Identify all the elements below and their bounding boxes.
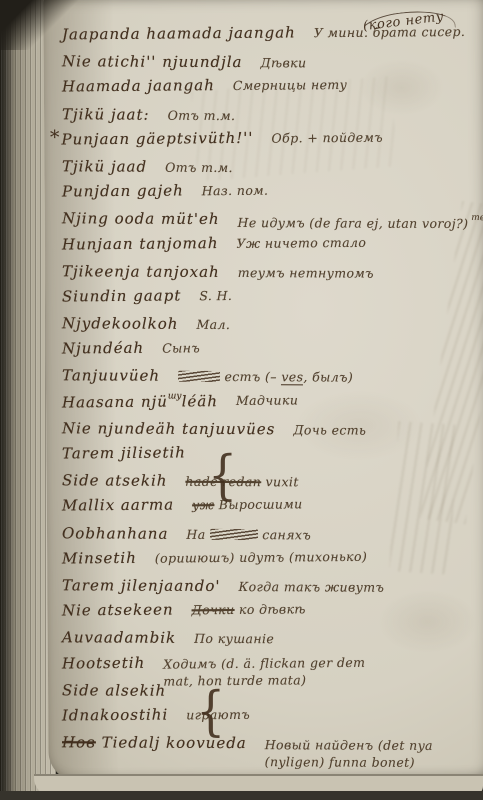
gloss: Не идумъ (de fara ej, utan voroj?) med T… [238,210,483,231]
scribble [210,528,258,539]
vocab-word: Side alsekih [62,681,166,699]
text-segment: Nie atsekeen [62,601,174,620]
gloss: теумъ нетнутомъ [238,263,374,281]
text-segment: Jaapanda haamada jaangah [62,23,296,43]
text-segment: шу [168,391,182,401]
text-segment: med Tälten flyttij?) [468,213,483,223]
gloss: естъ (– ves, былъ) [178,367,353,385]
vocab-word: Jaapanda haamada jaangah [62,23,296,43]
text-segment: Tanjuuvüeh [62,367,160,385]
entry-row: Idnakoostihiиграютъ [0,703,483,733]
gloss: hade redan vuxit [185,472,298,489]
vocab-word: Tjikeenja tanjoxah [62,262,220,281]
gloss: Отъ т.м. [165,158,233,175]
vocab-word: Hunjaan tanjomah [62,234,219,253]
text-segment: Дѣвки [260,55,306,70]
vocab-word: Punjaan gäeptsivüth!'' [61,129,253,149]
text-segment: Tjikü jaad [62,157,147,175]
asterisk-mark: * [50,130,60,144]
text-segment: Когда такъ живутъ [239,579,385,595]
vocab-word: Tarem jilisetih [62,443,186,462]
vocab-word: Oobhanhana [62,524,168,542]
vocab-word: Tjikü jaad [62,157,147,175]
vocab-word: Tanjuuvüeh [62,367,160,385]
gloss: Обр. + пойдемъ [271,127,383,145]
entry-row: NjundéahСынъ [0,336,483,366]
text-segment: Смерницы нету [233,77,348,93]
text-segment: Новый найденъ (det nya (nyligen) funna b… [265,737,433,770]
gloss: Уж ничето стало [236,232,366,250]
vocab-word: Hootsetih [62,653,145,672]
text-segment: Отъ т.м. [168,107,236,122]
text-segment: Minsetih [62,549,137,568]
vocab-word: Idnakoostihi [62,705,168,724]
entry-row: Minsetih(оришюшъ) идутъ (тихонько) [0,546,483,576]
text-segment: Дочки [192,602,235,617]
text-segment: Punjdan gajeh [62,182,184,201]
vocab-word: Mallix aarma [62,496,174,515]
entry-row: Nie atsekeenДочки ко дѣвкѣ [0,598,483,628]
text-segment: Дочь есть [293,422,366,437]
text-segment: Уж ничето стало [236,234,366,250]
text-segment: Обр. + пойдемъ [271,129,383,145]
entry-row: Hunjaan tanjomahУж ничето стало [0,231,483,261]
vocab-word: Minsetih [62,549,137,568]
text-segment: léäh [182,392,218,410]
vocab-word: Nie njundeäh tanjuuvües [62,419,275,438]
text-segment: Hunjaan tanjomah [62,234,219,253]
vocab-word: Njydekoolkoh [62,314,179,333]
entry-row: Tarem jilisetih [0,441,483,471]
text-segment: Hootsetih [62,653,145,672]
text-segment: На [186,526,210,541]
text-segment: Njundéah [62,339,144,358]
vocab-word: Auvaadambik [62,629,176,647]
gloss: Новый найденъ (det nya (nyligen) funna b… [265,734,483,771]
entry-rows: Jaapanda haamada jaangahУ мини. брата си… [0,26,483,759]
text-segment: (оришюшъ) идутъ (тихонько) [155,549,367,566]
text-segment: ко дѣвкѣ [235,601,306,617]
text-segment: Haamada jaangah [62,77,215,96]
text-segment: Oobhanhana [62,524,168,542]
text-segment: саняхъ [258,527,311,542]
vocab-word: Punjdan gajeh [62,182,184,201]
text-segment: Мадчики [236,392,298,408]
manuscript-photo: Jaapanda haamada jaangahУ мини. брата си… [0,0,483,800]
entry-row: Haasana njüшуléähМадчики [0,388,483,418]
gloss: Мал. [196,315,230,332]
vocab-word: Siundin gaapt [62,286,181,305]
text-segment: Tarem jilisetih [62,443,186,462]
vocab-word: Haasana njüшуléäh [62,391,218,411]
text-segment: Siundin gaapt [62,286,181,305]
entry-row: Siundin gaaptS. H. [0,284,483,314]
text-segment: Сынъ [162,341,200,356]
text-segment: Наз. пом. [202,183,269,199]
text-segment: Мал. [196,317,230,332]
gloss: Отъ т.м. [168,105,236,122]
vocab-word: Nie atsekeen [62,601,174,620]
text-segment: , былъ) [303,370,353,385]
vocab-word: Njing ooda müt'eh [62,210,220,229]
text-segment: Отъ т.м. [165,160,233,175]
text-segment: Haasana njü [62,392,168,411]
text-segment: Mallix aarma [62,496,174,515]
entry-row: Punjdan gajehНаз. пом. [0,179,483,209]
gloss: Дочь есть [293,420,366,437]
vocab-word: Nie atichi'' njuundjla [62,52,243,71]
gloss: Сынъ [162,339,200,356]
text-segment: Nie njundeäh tanjuuvües [62,419,275,438]
entry-row: Нов Tiedalj koovuedaНовый найденъ (det n… [0,733,483,761]
text-segment: ves [281,370,303,386]
text-segment: Tjikeenja tanjoxah [62,262,220,281]
text-segment: Tjikü jaat: [62,105,150,123]
gloss: Мадчики [236,390,298,408]
text-segment: Njydekoolkoh [62,314,179,333]
vocab-word: Njundéah [62,339,144,358]
vocab-word: Tarem jilenjaando' [62,576,221,595]
gloss: Дочки ко дѣвкѣ [192,599,306,617]
entry-row: Haamada jaangahСмерницы нету [0,74,483,104]
text-segment: S. H. [199,288,232,303]
text-segment: Side atsekih [62,471,167,489]
entry-row: Mallix aarmaуж Выросшими [0,493,483,523]
vocab-word: Tjikü jaat: [62,105,150,123]
gloss: Смерницы нету [233,75,348,93]
text-segment: Side alsekih [62,681,166,699]
background-surface [0,791,483,800]
gloss: (оришюшъ) идутъ (тихонько) [155,547,368,566]
entry-row: HootsetihХодимъ (d. ä. flickan ger dem m… [0,650,483,680]
text-segment: Tarem jilenjaando' [62,576,221,595]
text-segment: Punjaan gäeptsivüth!'' [61,129,253,149]
text-segment: теумъ нетнутомъ [238,265,374,281]
grouping-brace: { [208,449,237,502]
grouping-brace: { [196,685,225,738]
text-segment: Auvaadambik [62,629,176,647]
text-segment: Njing ooda müt'eh [62,210,220,229]
entry-row: *Punjaan gäeptsivüth!''Обр. + пойдемъ [0,127,483,157]
text-segment: Не идумъ (de fara ej, utan voroj?) [238,215,469,231]
gloss: Когда такъ живутъ [239,577,385,595]
scribble [178,371,220,382]
text-segment: Idnakoostihi [62,705,168,724]
text-segment: Нов [62,733,96,751]
text-segment: vuxit [261,474,299,489]
gloss: На саняхъ [186,524,311,542]
gloss: Наз. пом. [202,181,269,199]
gloss: Дѣвки [260,53,306,70]
gloss: По кушаніе [194,629,274,646]
gloss: S. H. [199,286,232,303]
text-segment: По кушаніе [194,631,274,646]
vocab-word: Haamada jaangah [62,77,215,96]
text-segment: естъ (– [220,369,281,384]
vocab-word: Side atsekih [62,471,167,489]
text-segment: Nie atichi'' njuundjla [62,52,243,71]
